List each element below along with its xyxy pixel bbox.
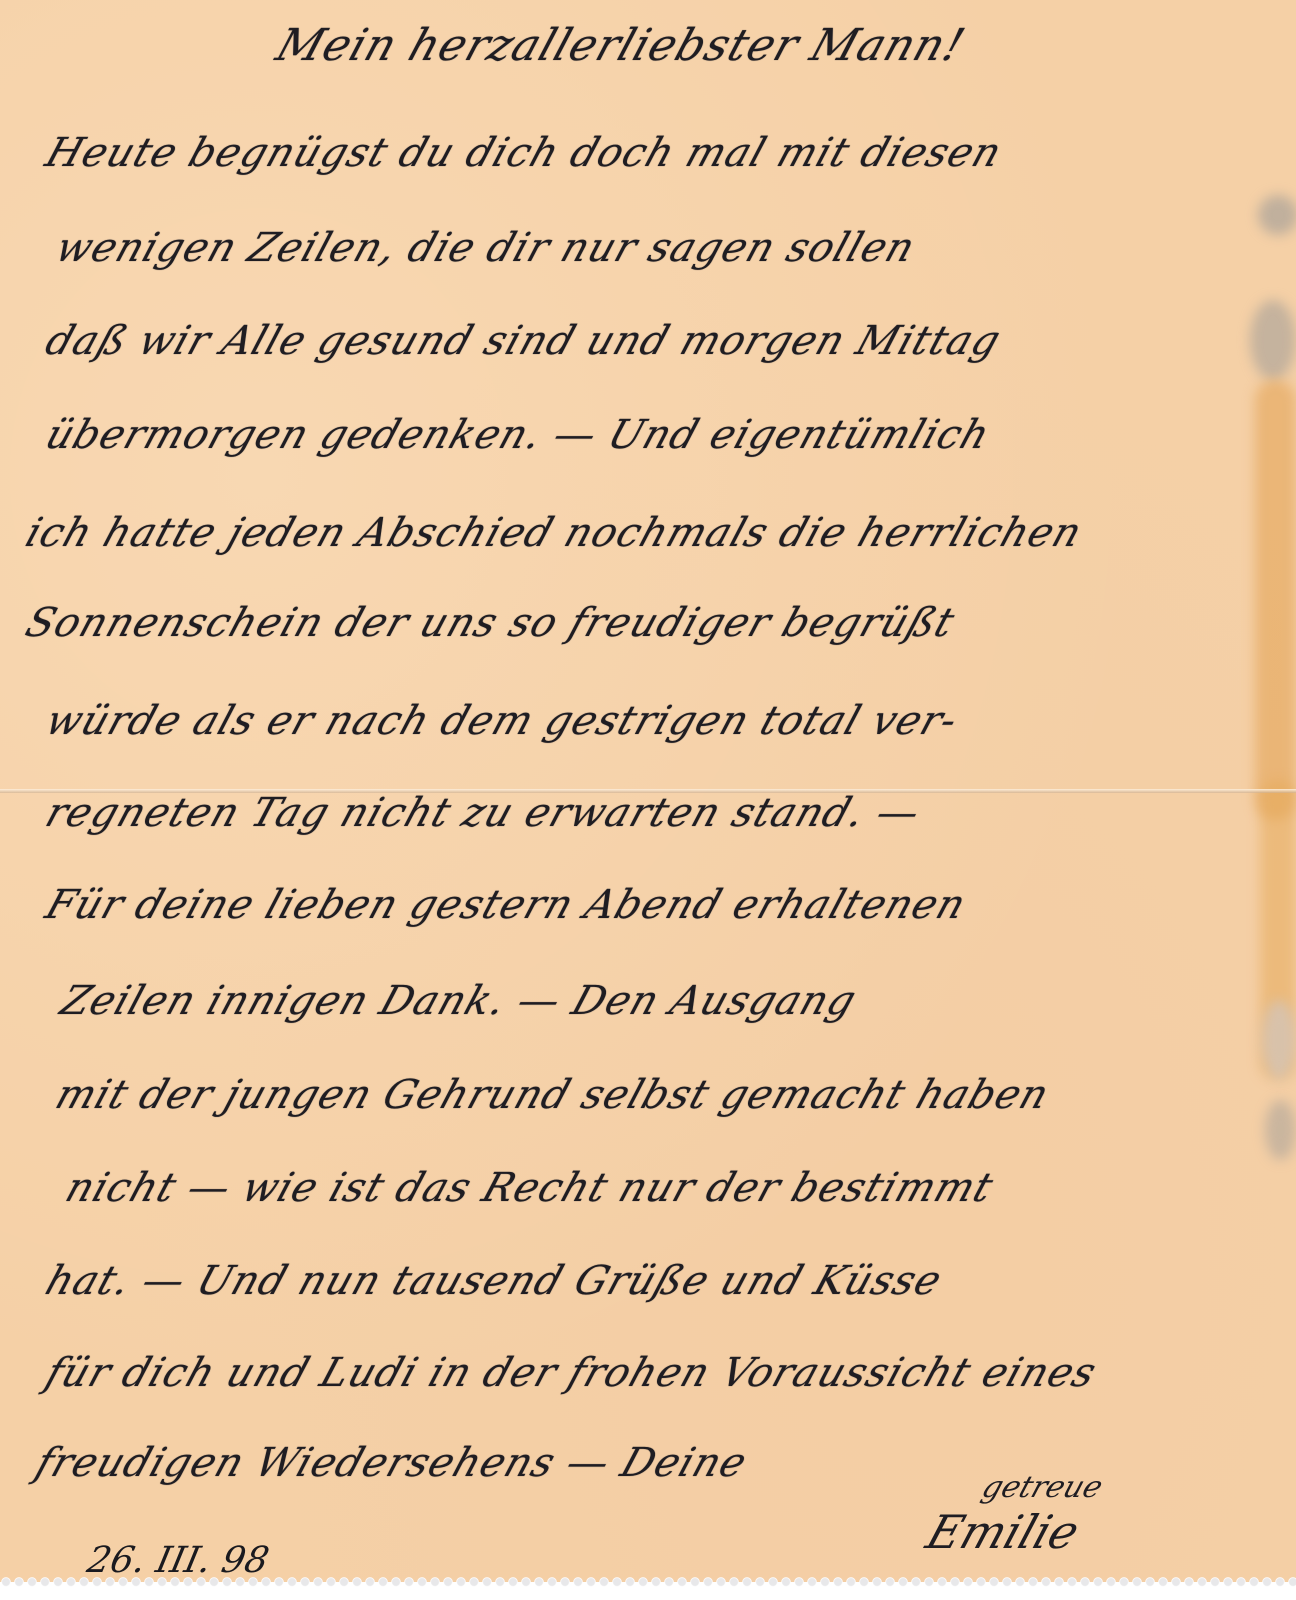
signature-adjective: getreue (978, 1470, 1108, 1505)
letter-line: Sonnenschein der uns so freudiger begrüß… (20, 600, 961, 646)
signature: getreue Emilie (920, 1470, 1107, 1559)
signature-name: Emilie (920, 1505, 1096, 1559)
letter-line: regneten Tag nicht zu erwarten stand. — (40, 790, 926, 836)
salutation: Mein herzallerliebster Mann! (270, 20, 971, 71)
letter-line: mit der jungen Gehrund selbst gemacht ha… (50, 1072, 1055, 1118)
letter-body: Mein herzallerliebster Mann! Heute begnü… (0, 0, 1296, 1582)
letter-date: 26. III. 98 (84, 1540, 273, 1581)
closing-line: freudigen Wiedersehens — Deine (30, 1440, 753, 1486)
letter-line: Zeilen innigen Dank. — Den Ausgang (55, 978, 862, 1024)
letter-line: für dich und Ludi in der frohen Voraussi… (40, 1350, 1102, 1396)
letter-line: Für deine lieben gestern Abend erhaltene… (40, 882, 972, 928)
perforated-border (0, 1582, 1296, 1600)
letter-line: Heute begnügst du dich doch mal mit dies… (40, 130, 1008, 176)
letter-line: hat. — Und nun tausend Grüße und Küsse (40, 1258, 948, 1304)
letter-line: daß wir Alle gesund sind und morgen Mitt… (40, 318, 1007, 364)
letter-line: ich hatte jeden Abschied nochmals die he… (20, 510, 1088, 556)
letter-line: wenigen Zeilen, die dir nur sagen sollen (50, 225, 921, 271)
letter-line: übermorgen gedenken. — Und eigentümlich (40, 412, 996, 458)
letter-line: würde als er nach dem gestrigen total ve… (40, 698, 964, 744)
letter-line: nicht — wie ist das Recht nur der bestim… (60, 1165, 999, 1211)
